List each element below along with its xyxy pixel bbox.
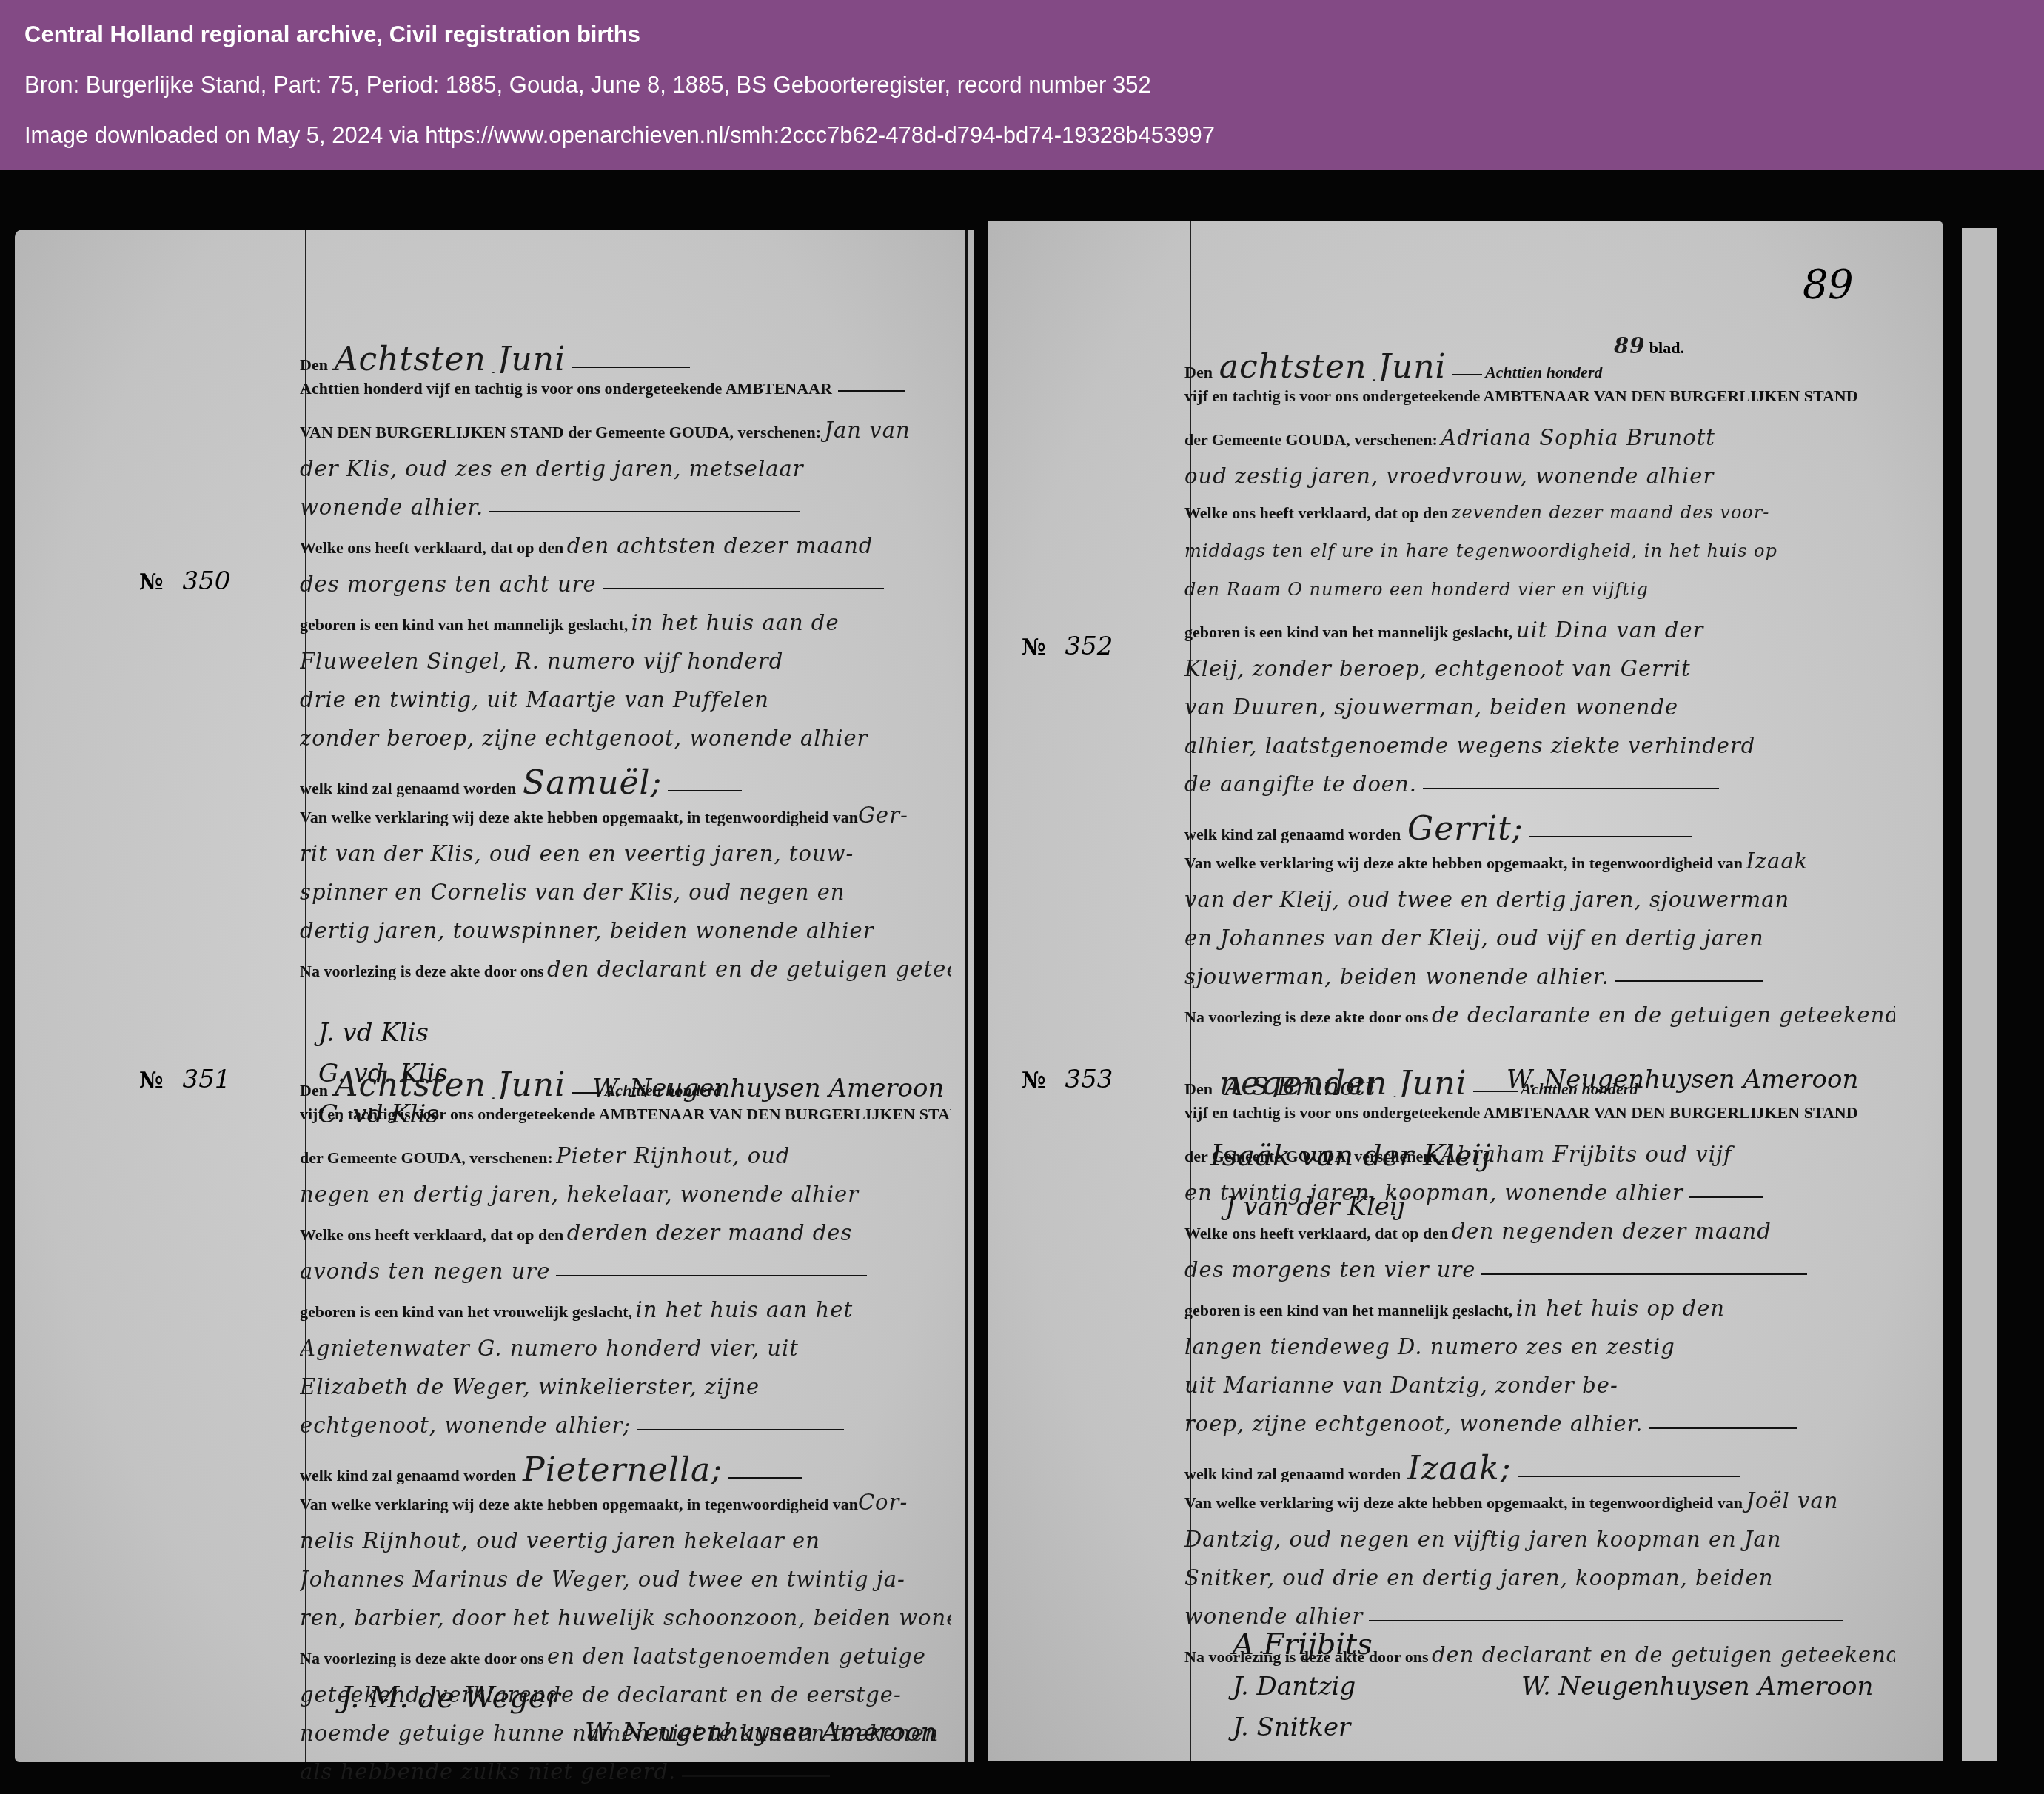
source-citation: Bron: Burgerlijke Stand, Part: 75, Perio… [24,73,2044,98]
record-353: Den negenden Juni Achttien honderd vijf … [1184,1065,1895,1681]
right-page: 89 89 blad. №352 Den achtsten Juni Achtt… [988,221,1943,1761]
signature: J. M. de Weger [341,1681,560,1715]
signature: J. vd Klis [318,1018,429,1048]
record-number-351: №351 [139,1065,231,1094]
folio-mark: 89 [1803,261,1854,308]
signature: J. Dantzig [1233,1672,1356,1701]
left-page: №350 Den Achtsten Juni Achttien honderd … [15,230,974,1762]
download-note: Image downloaded on May 5, 2024 via http… [24,123,2044,148]
record-line: Den Achtsten Juni [300,341,951,373]
record-number-352: №352 [1022,632,1113,661]
signature: A Frijbits [1233,1627,1373,1661]
archive-title: Central Holland regional archive, Civil … [24,22,2044,47]
registrar-signature: W. Neugenhuysen Ameroon [585,1718,936,1747]
record-350: Den Achtsten Juni Achttien honderd vijf … [300,341,951,995]
archive-info-banner: Central Holland regional archive, Civil … [0,0,2044,170]
record-352: Den achtsten Juni Achttien honderd vijf … [1184,348,1895,1041]
scanned-register-image: №350 Den Achtsten Juni Achttien honderd … [0,170,2044,1794]
record-number-353: №353 [1022,1065,1113,1094]
signature: J. Snitker [1233,1713,1350,1742]
book-edge [1962,228,1997,1761]
page-gutter [965,230,968,1762]
record-number-350: №350 [139,566,231,596]
registrar-signature: W. Neugenhuysen Ameroon [1521,1672,1873,1701]
